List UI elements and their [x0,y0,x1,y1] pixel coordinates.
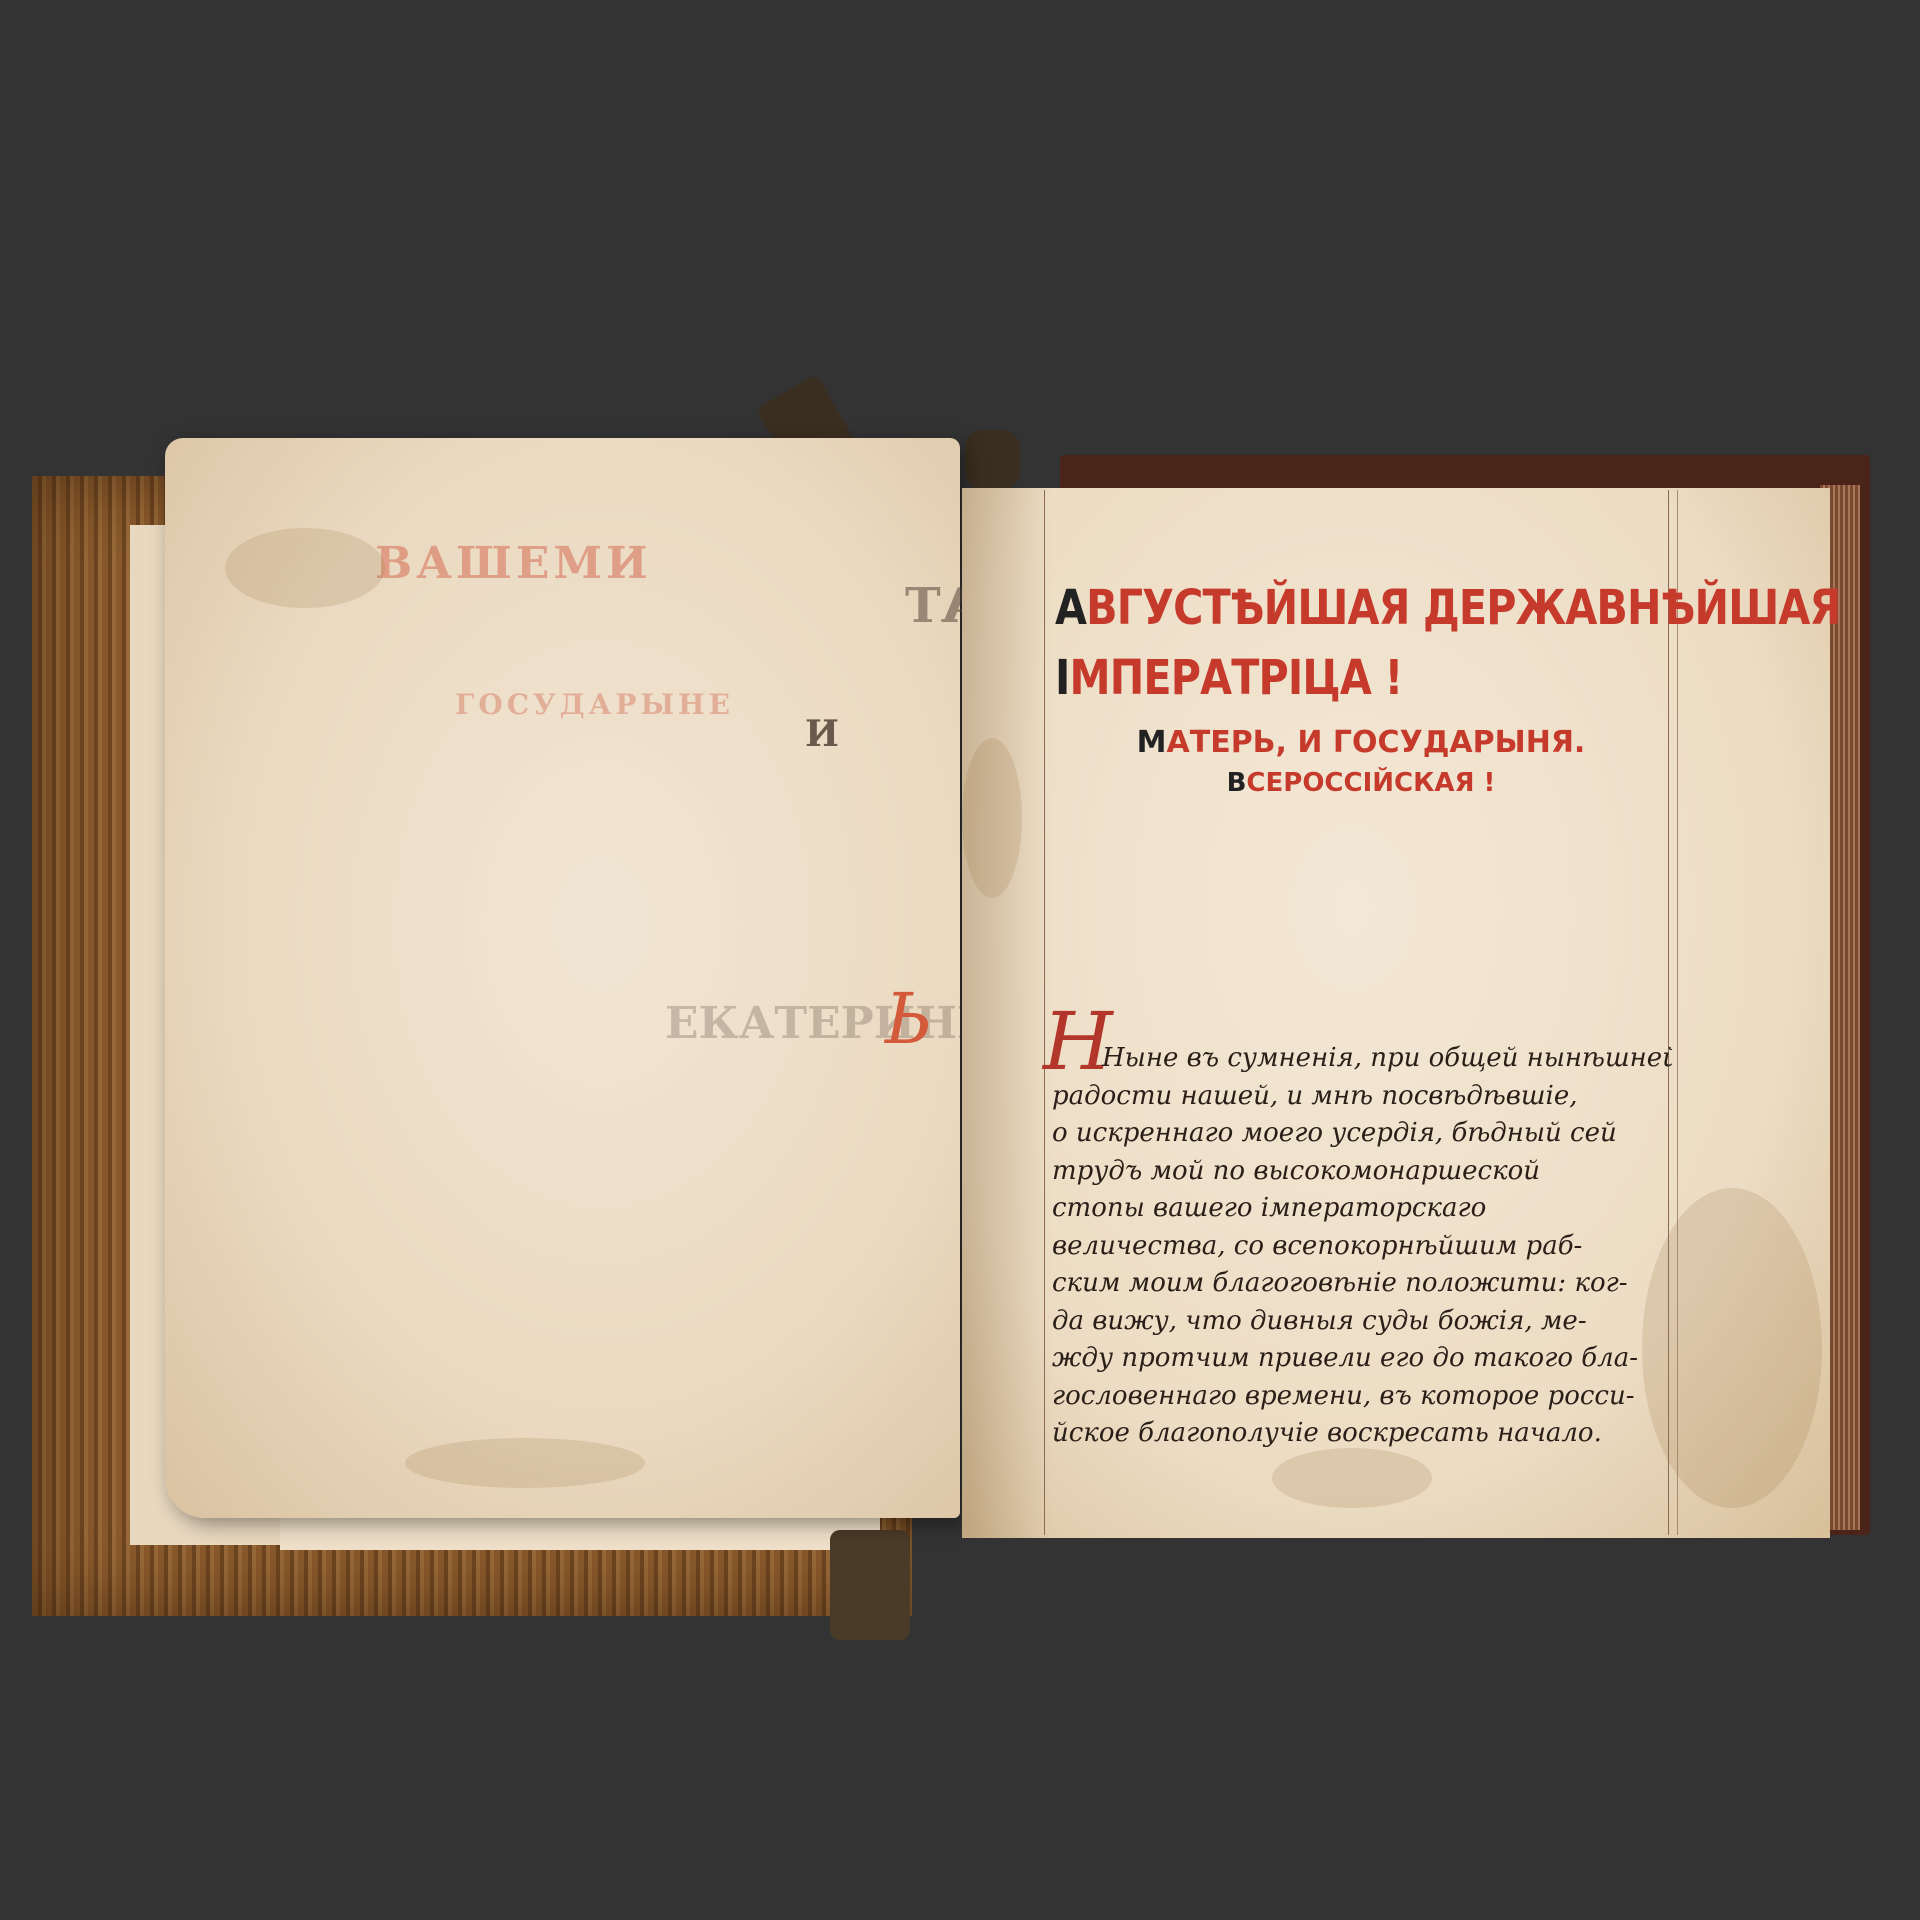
body-line: ским моим благоговѣніе положити: ког- [1052,1265,1672,1303]
title-line-1: АВГУСТѢЙШАЯ ДЕРЖАВНѢЙШАЯ [1055,580,1581,636]
title-initial: І [1055,650,1069,706]
ghost-text: И [805,713,839,755]
body-line: йское благополучіе воскресать начало. [1052,1415,1672,1453]
stain [1272,1448,1432,1508]
body-line: трудъ мой по высокомонаршеской [1052,1153,1672,1191]
subtitle-line-1: МАТЕРЬ, И ГОСУДАРЫНЯ. [1055,725,1667,760]
subtitle-initial: М [1137,725,1167,760]
title-initial: А [1055,580,1086,636]
title-line-2: ІМПЕРАТРІЦА ! [1055,650,1581,706]
ghost-text: ВАШЕМИ [375,538,652,589]
subtitle-line-2: ВСЕРОССІЙСКАЯ ! [1055,768,1667,798]
body-line: жду протчим привели его до такого бла- [1052,1340,1672,1378]
margin-rule-right-outer [1677,490,1678,1535]
stain [405,1438,645,1488]
body-line: стопы вашего імператорскаго [1052,1190,1672,1228]
body-line: величества, со всепокорнѣйшим раб- [1052,1228,1672,1266]
stain [225,528,385,608]
stain [962,738,1022,898]
gutter-shadow [962,488,1052,1538]
body-line: гословеннаго времени, въ которое росси- [1052,1378,1672,1416]
subtitle-initial: В [1227,768,1247,798]
manuscript-body: Ныне въ сумненія, при общей нынѣшней рад… [1052,1040,1672,1453]
body-line: о искреннаго моего усердія, бѣдный сей [1052,1115,1672,1153]
red-mark: Ь [885,978,932,1060]
subtitle-text: СЕРОССІЙСКАЯ ! [1246,768,1495,798]
ghost-text: ГОСУДАРЫНЕ [455,688,734,721]
title-text: ВГУСТѢЙШАЯ ДЕРЖАВНѢЙШАЯ [1086,580,1840,636]
body-line: радости нашей, и мнѣ посвѣдѣвшіе, [1052,1078,1672,1116]
left-page: ВАШЕМИ ИМПЕРАТ ГОСУДАРЫНЕ И ЕКАТЕРИНЕ Ь [165,438,960,1518]
body-line: Ныне въ сумненія, при общей нынѣшней [1052,1040,1672,1078]
binding-tie-top-right [965,430,1020,490]
ghost-text: ЕКАТЕРИНЕ [665,998,990,1049]
binding-tie-bottom [830,1530,910,1640]
subtitle-text: АТЕРЬ, И ГОСУДАРЫНЯ. [1167,725,1586,760]
body-line: да вижу, что дивныя суды божія, ме- [1052,1303,1672,1341]
title-text: МПЕРАТРІЦА ! [1069,650,1402,706]
